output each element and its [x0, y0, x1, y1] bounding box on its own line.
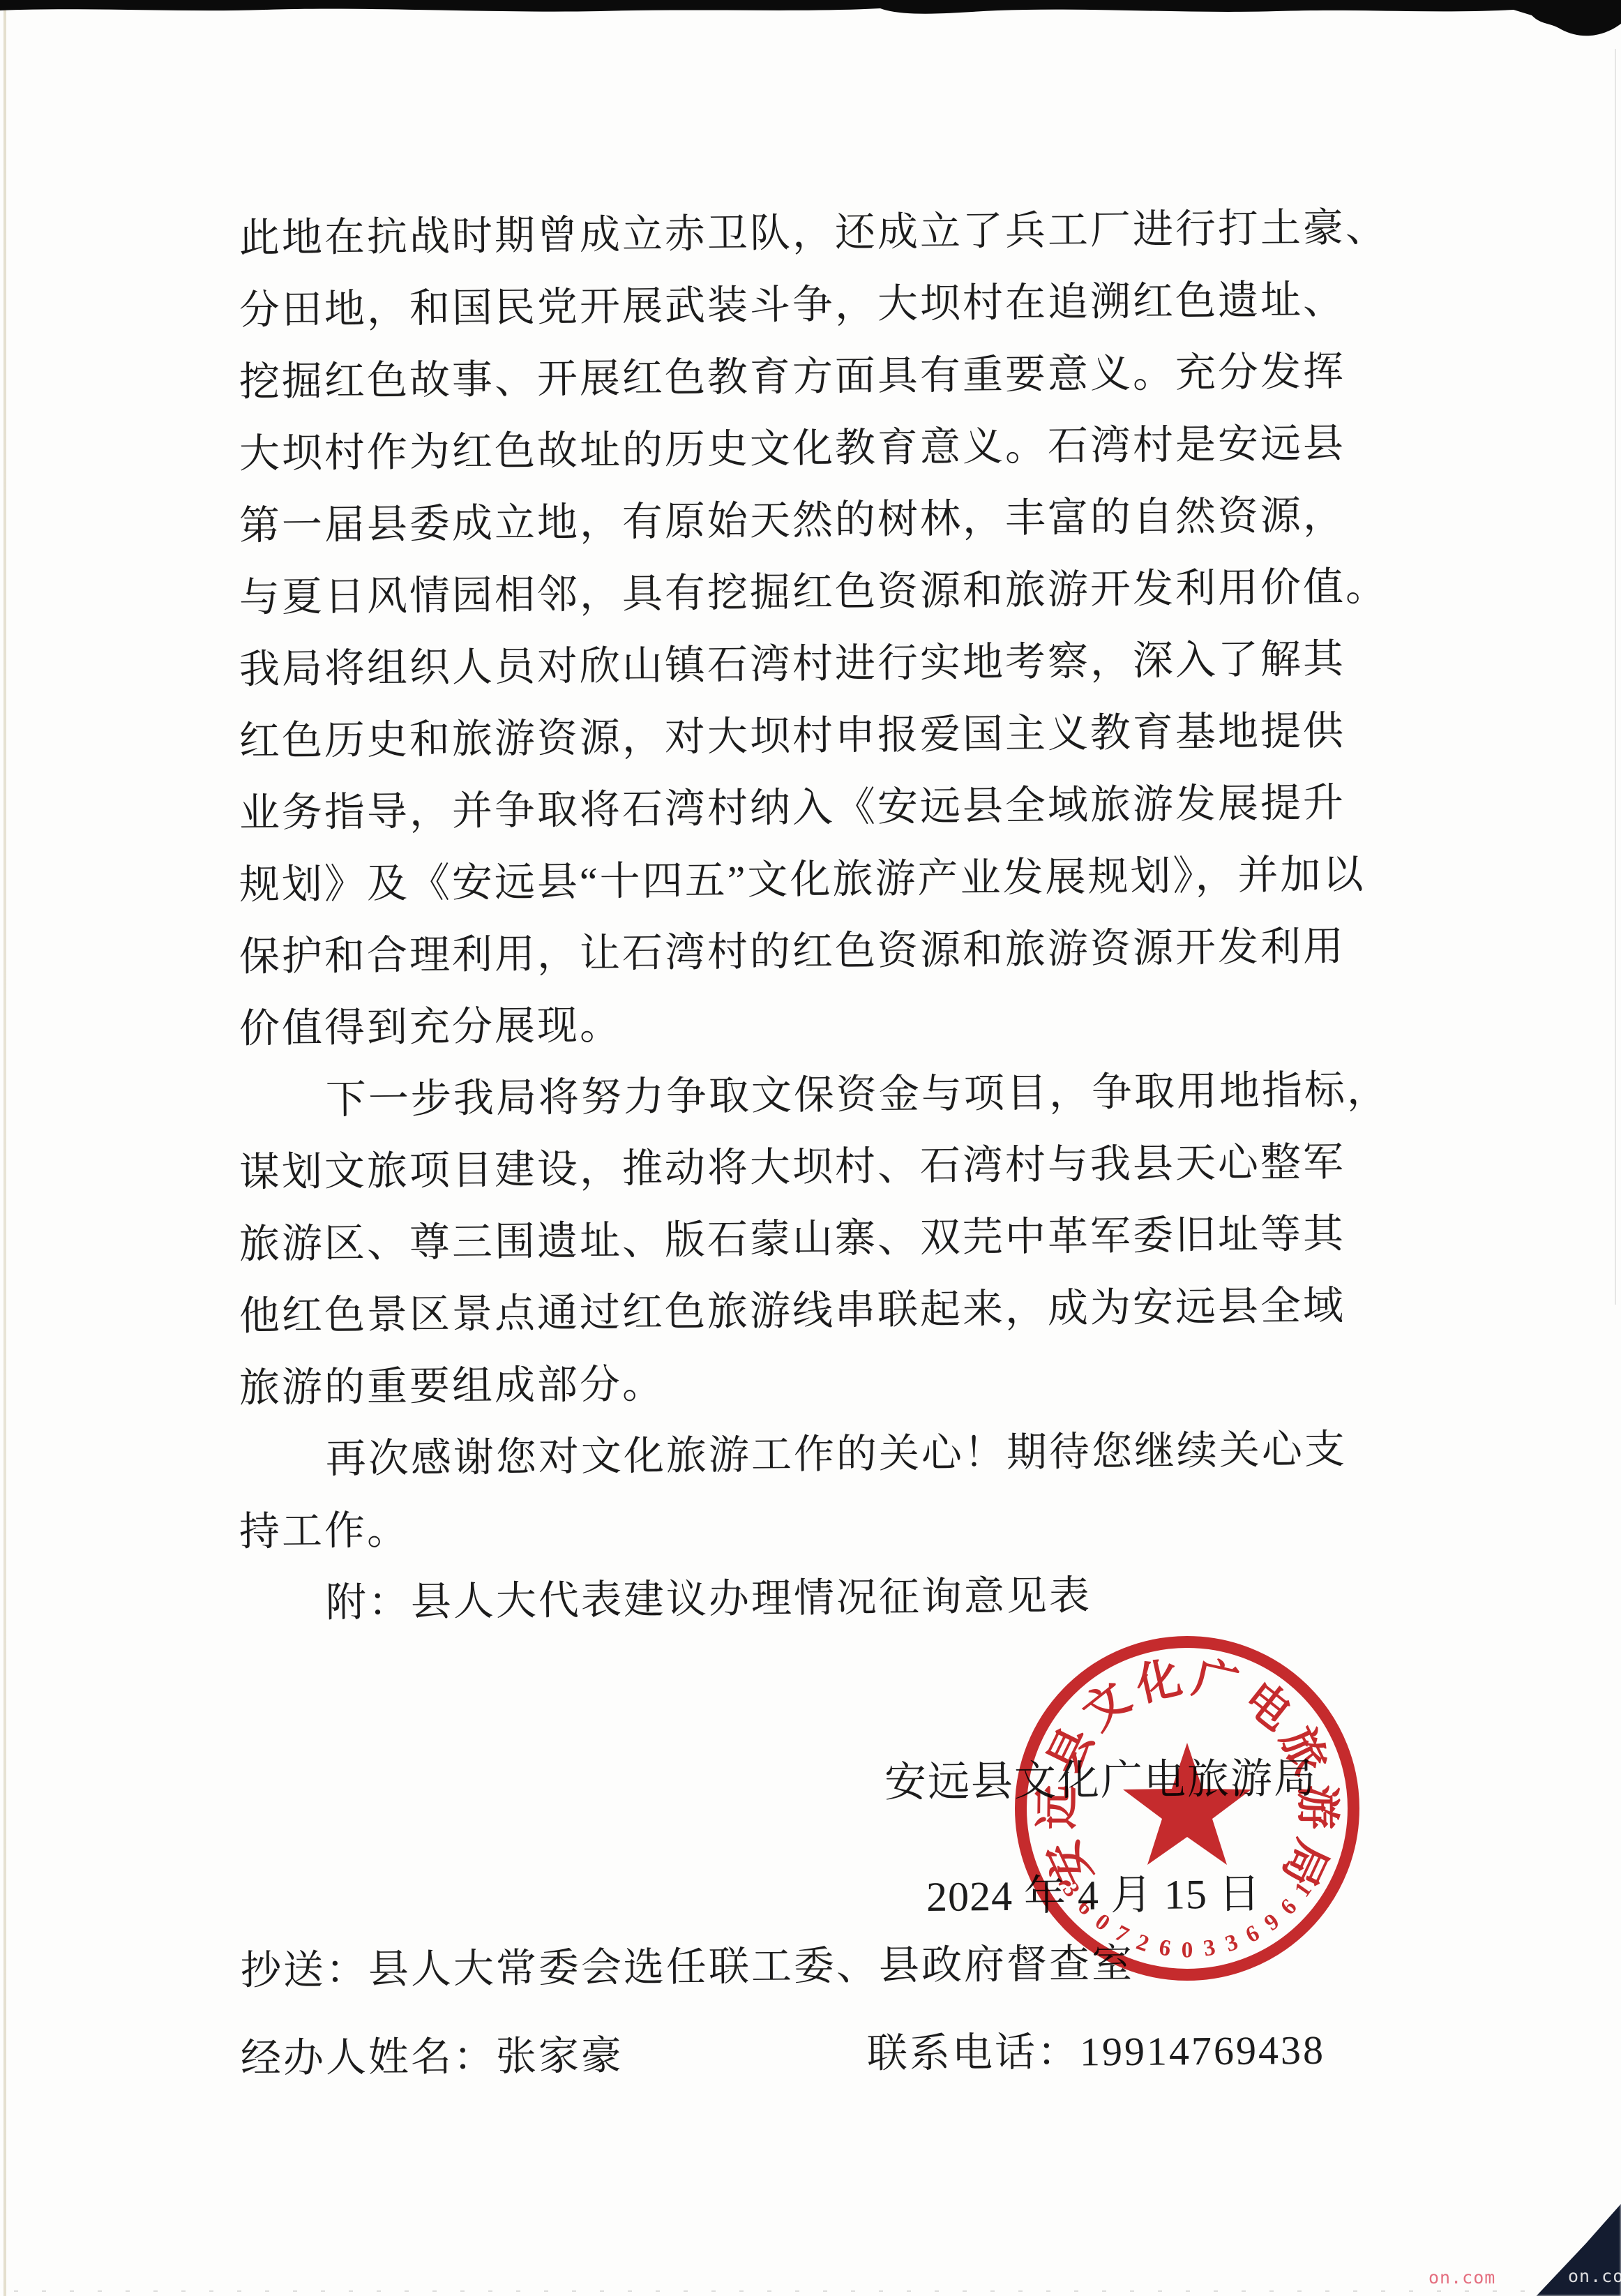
watermark-white-text: on.com [1568, 2266, 1621, 2286]
seal-serial-char: 0 [1182, 1938, 1193, 1964]
body-paragraphs: 此地在抗战时期曾成立赤卫队，还成立了兵工厂进行打土豪、 分田地，和国民党开展武装… [239, 202, 1397, 1640]
official-seal-stamp: 安远县文化广电旅游局 3607260336961 [1002, 1623, 1372, 1993]
body-line: 规划》及《安远县“十四五”文化旅游产业发展规划》，并加以 [239, 838, 1398, 921]
body-line: 保护和合理利用，让石湾村的红色资源和旅游资源开发利用 [239, 910, 1398, 993]
body-line: 第一届县委成立地，有原始天然的树林，丰富的自然资源， [239, 479, 1398, 562]
body-line: 旅游的重要组成部分。 [239, 1341, 1398, 1424]
body-line: 分田地，和国民党开展武装斗争，大坝村在追溯红色遗址、 [239, 263, 1398, 346]
body-line: 业务指导，并争取将石湾村纳入《安远县全域旅游发展提升 [239, 766, 1398, 849]
scanner-right-edge [1615, 49, 1616, 1305]
body-line: 红色历史和旅游资源，对大坝村申报爱国主义教育基地提供 [239, 694, 1398, 777]
seal-org-char: 远 [1021, 1785, 1086, 1830]
contact-phone: 联系电话：19914769438 [867, 2027, 1326, 2077]
body-line: 大坝村作为红色故址的历史文化教育意义。石湾村是安远县 [239, 407, 1398, 490]
body-line: 此地在抗战时期曾成立赤卫队，还成立了兵工厂进行打土豪、 [239, 191, 1398, 274]
handler-contact-line: 经办人姓名：张家豪 联系电话：19914769438 [241, 2027, 1385, 2082]
body-line: 价值得到充分展现。 [239, 982, 1398, 1065]
body-line: 谋划文旅项目建设，推动将大坝村、石湾村与我县天心整军 [239, 1125, 1398, 1208]
scan-torn-top-edge [0, 0, 1621, 49]
scanned-document-page: 此地在抗战时期曾成立赤卫队，还成立了兵工厂进行打土豪、 分田地，和国民党开展武装… [0, 0, 1621, 2296]
body-line: 旅游区、尊三围遗址、版石蒙山寨、双芫中革军委旧址等其 [239, 1197, 1398, 1280]
scanner-bottom-edge [14, 2290, 1590, 2292]
body-line: 持工作。 [239, 1485, 1398, 1568]
seal-org-char: 游 [1289, 1785, 1354, 1830]
cc-recipients-line: 抄送：县人大常委会选任联工委、县政府督查室 [241, 1941, 1134, 1994]
body-line: 与夏日风情园相邻，具有挖掘红色资源和旅游开发利用价值。 [239, 550, 1398, 633]
body-line: 挖掘红色故事、开展红色教育方面具有重要意义。充分发挥 [239, 335, 1398, 418]
body-line: 他红色景区景点通过红色旅游线串联起来，成为安远县全域 [239, 1269, 1398, 1352]
body-line: 我局将组织人员对欣山镇石湾村进行实地考察，深入了解其 [239, 622, 1398, 705]
body-line: 再次感谢您对文化旅游工作的关心！期待您继续关心支 [239, 1413, 1398, 1496]
handler-name: 经办人姓名：张家豪 [241, 2033, 624, 2081]
body-line: 下一步我局将努力争取文保资金与项目，争取用地指标， [239, 1053, 1398, 1136]
scanner-left-edge [3, 0, 6, 2296]
watermark-red-text: on.com [1428, 2267, 1495, 2288]
